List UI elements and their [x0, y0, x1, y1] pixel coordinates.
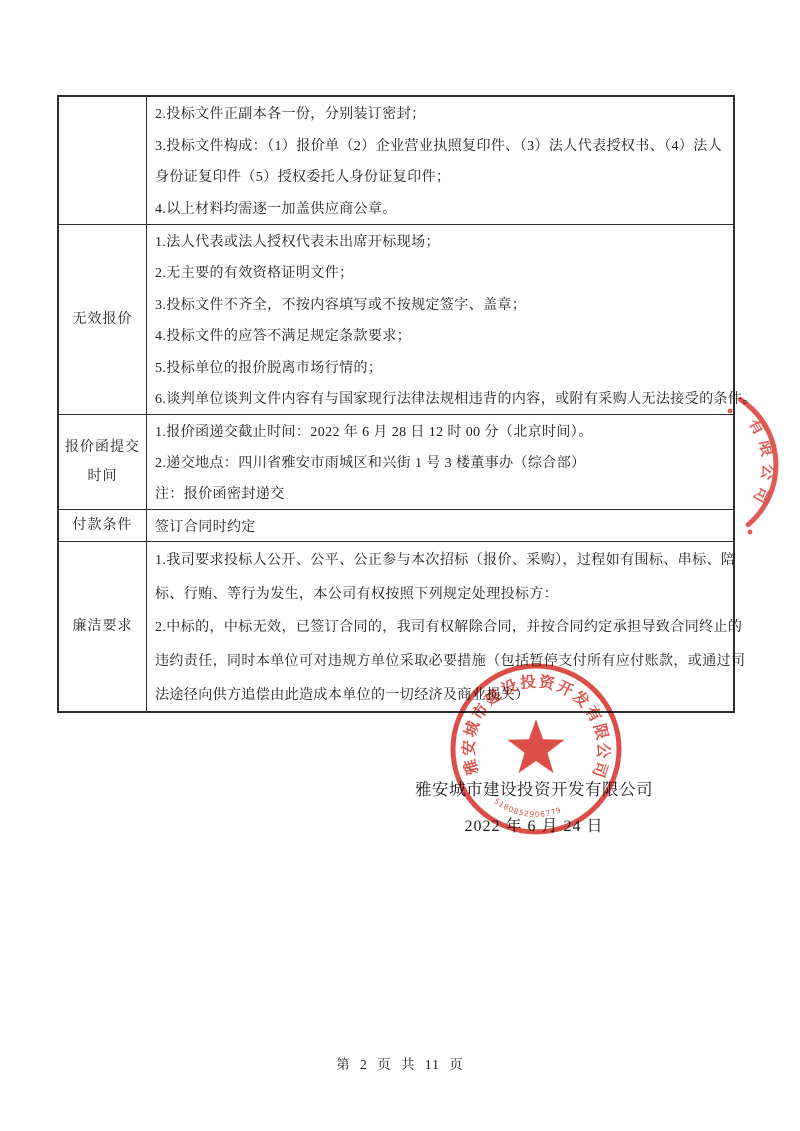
table-row: 付款条件签订合同时约定: [59, 509, 733, 541]
row-label: 付款条件: [59, 510, 147, 541]
cell-text-line: 3.投标文件构成：（1）报价单（2）企业营业执照复印件、（3）法人代表授权书、（…: [155, 129, 727, 161]
cell-text-line: 身份证复印件（5）授权委托人身份证复印件；: [155, 161, 727, 193]
svg-text:有限公司: 有限公司: [745, 415, 779, 512]
cell-text-line: 1.我司要求投标人公开、公平、公正参与本次招标（报价、采购），过程如有围标、串标…: [155, 542, 727, 576]
cell-text-line: 签订合同时约定: [155, 510, 727, 541]
row-label: 廉洁要求: [59, 542, 147, 711]
cell-text-line: 违约责任，同时本单位可对违规方单位采取必要措施（包括暂停支付所有应付账款，或通过…: [155, 643, 727, 677]
cell-text-line: 2.投标文件正副本各一份，分别装订密封；: [155, 97, 727, 129]
page-number: 第 2 页 共 11 页: [0, 1053, 800, 1073]
table-row: 2.投标文件正副本各一份，分别装订密封；3.投标文件构成：（1）报价单（2）企业…: [59, 97, 733, 224]
cell-text-line: 2.递交地点：四川省雅安市雨城区和兴街 1 号 3 楼董事办（综合部）: [155, 446, 727, 477]
cell-text-line: 1.法人代表或法人授权代表未出席开标现场；: [155, 225, 727, 257]
partial-seal-ring: [741, 400, 776, 525]
row-label: 报价函提交时间: [59, 415, 147, 509]
row-label-line: 报价函提交: [65, 433, 140, 462]
cell-text-line: 6.谈判单位谈判文件内容有与国家现行法律法规相违背的内容，或附有采购人无法接受的…: [155, 383, 727, 415]
row-content: 签订合同时约定: [147, 510, 733, 541]
cell-text-line: 标、行贿、等行为发生，本公司有权按照下列规定处理投标方：: [155, 576, 727, 610]
star-icon: [508, 719, 565, 773]
cell-text-line: 注：报价函密封递交: [155, 478, 727, 509]
table-row: 廉洁要求1.我司要求投标人公开、公平、公正参与本次招标（报价、采购），过程如有围…: [59, 541, 733, 711]
signature-block: 雅安城市建设投资开发有限公司 2022 年 6 月 24 日: [400, 776, 668, 836]
cell-text-line: 5.投标单位的报价脱离市场行情的；: [155, 351, 727, 383]
document-page: 2.投标文件正副本各一份，分别装订密封；3.投标文件构成：（1）报价单（2）企业…: [0, 0, 800, 1131]
row-label: 无效报价: [59, 225, 147, 414]
cell-text-line: 4.以上材料均需逐一加盖供应商公章。: [155, 192, 727, 224]
row-content: 1.法人代表或法人授权代表未出席开标现场；2.无主要的有效资格证明文件；3.投标…: [147, 225, 733, 414]
cell-text-line: 4.投标文件的应答不满足规定条款要求；: [155, 320, 727, 352]
table-row: 报价函提交时间1.报价函递交截止时间：2022 年 6 月 28 日 12 时 …: [59, 414, 733, 509]
row-content: 1.报价函递交截止时间：2022 年 6 月 28 日 12 时 00 分（北京…: [147, 415, 733, 509]
signature-company: 雅安城市建设投资开发有限公司: [400, 776, 668, 800]
bid-terms-table: 2.投标文件正副本各一份，分别装订密封；3.投标文件构成：（1）报价单（2）企业…: [57, 95, 735, 713]
cell-text-line: 3.投标文件不齐全，不按内容填写或不按规定签字、盖章；: [155, 288, 727, 320]
row-label-line: 廉洁要求: [73, 612, 133, 641]
row-content: 1.我司要求投标人公开、公平、公正参与本次招标（报价、采购），过程如有围标、串标…: [147, 542, 733, 711]
cell-text-line: 法途径向供方追偿由此造成本单位的一切经济及商业损失）: [155, 677, 727, 711]
seal-ink-dot: [748, 530, 753, 535]
table-row: 无效报价1.法人代表或法人授权代表未出席开标现场；2.无主要的有效资格证明文件；…: [59, 224, 733, 414]
cell-text-line: 2.中标的，中标无效，已签订合同的，我司有权解除合同，并按合同约定承担导致合同终…: [155, 610, 727, 644]
cell-text-line: 1.报价函递交截止时间：2022 年 6 月 28 日 12 时 00 分（北京…: [155, 415, 727, 446]
cell-text-line: 2.无主要的有效资格证明文件；: [155, 257, 727, 289]
row-content: 2.投标文件正副本各一份，分别装订密封；3.投标文件构成：（1）报价单（2）企业…: [147, 97, 733, 224]
row-label: [59, 97, 147, 224]
row-label-line: 时间: [88, 462, 118, 491]
partial-seal-text: 有限公司: [745, 415, 779, 512]
signature-date: 2022 年 6 月 24 日: [400, 813, 668, 836]
row-label-line: 无效报价: [73, 305, 133, 334]
row-label-line: 付款条件: [73, 511, 133, 540]
